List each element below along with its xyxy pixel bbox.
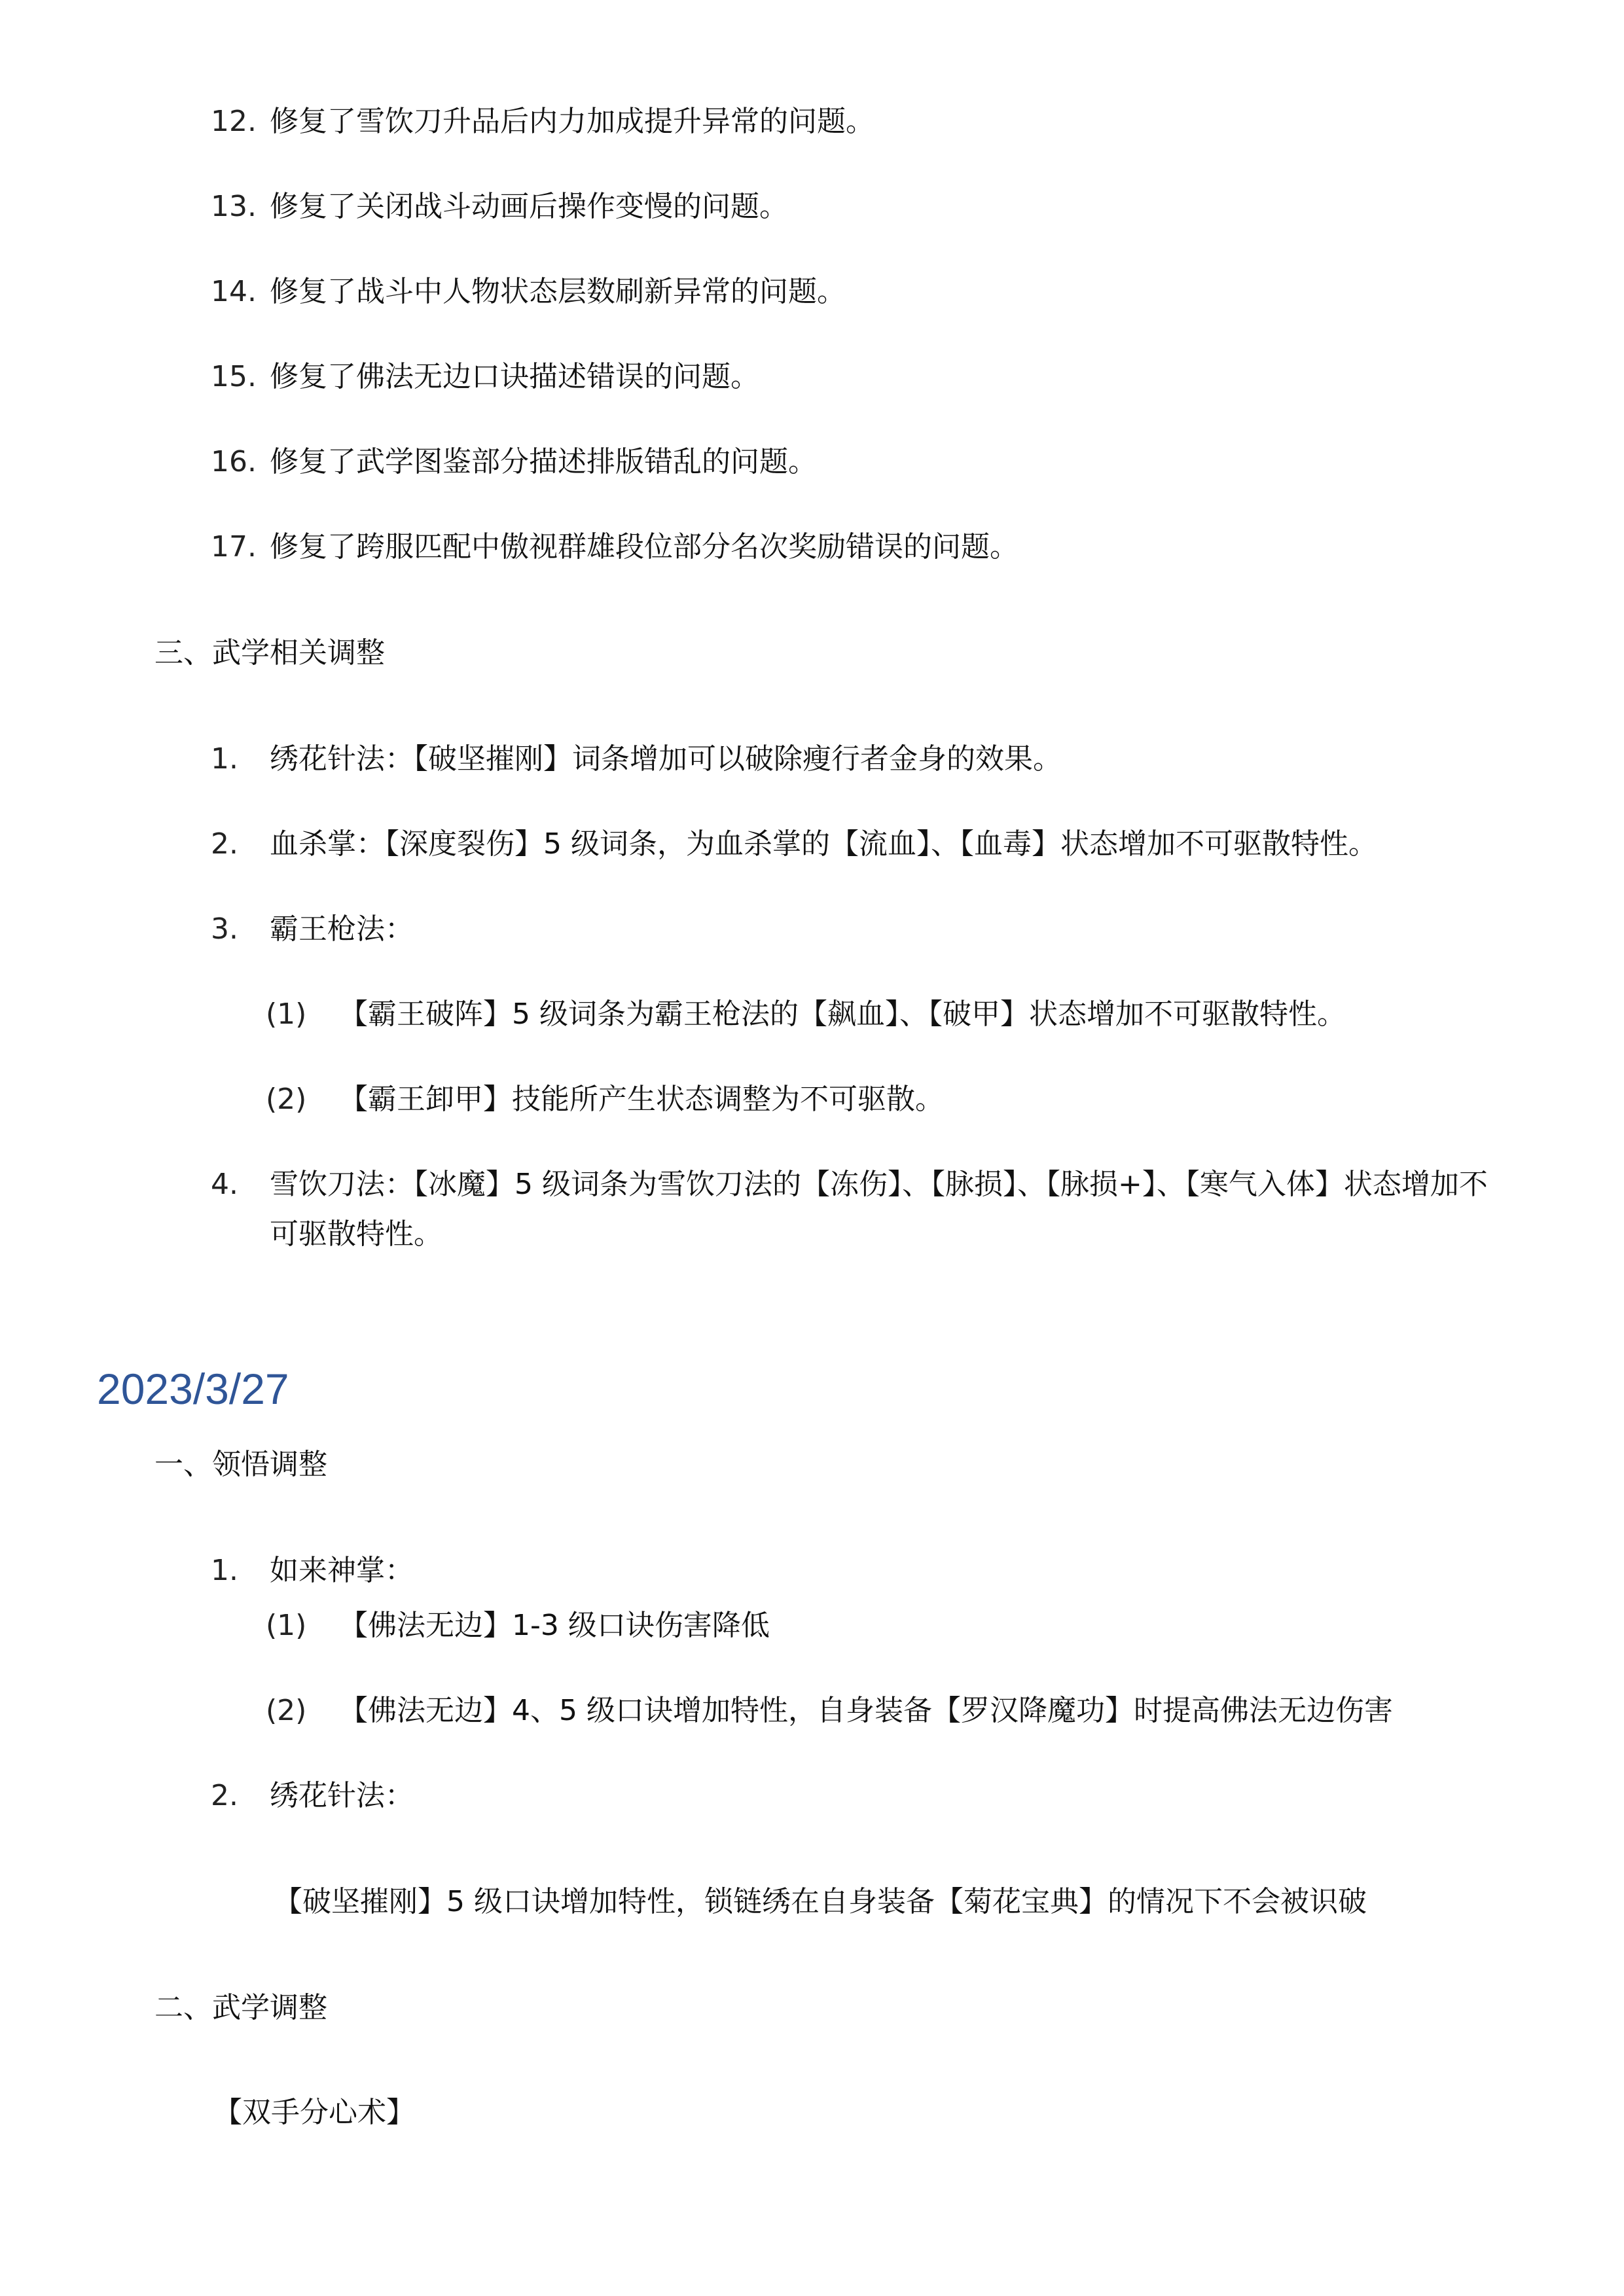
list-text: 雪饮刀法：【冰魔】5 级词条为雪饮刀法的【冻伤】、【脉损】、【脉损+】、【寒气入… [270,1160,1500,1259]
list-number: 3. [211,911,238,948]
section-heading-martial-related: 三、武学相关调整 [154,635,385,672]
martial-sub-heading: 【双手分心术】 [213,2094,415,2131]
list-number: 16. [211,444,257,480]
list-number: 2. [211,826,238,863]
list-number: 2. [211,1778,238,1814]
sub-list-number: (1) [266,996,306,1033]
list-text: 修复了关闭战斗动画后操作变慢的问题。 [270,188,788,225]
list-text: 修复了战斗中人物状态层数刷新异常的问题。 [270,274,846,310]
document-page: 12. 修复了雪饮刀升品后内力加成提升异常的问题。 13. 修复了关闭战斗动画后… [0,0,1624,2296]
list-text: 修复了武学图鉴部分描述排版错乱的问题。 [270,444,817,480]
date-heading: 2023/3/27 [97,1363,289,1415]
list-number: 12. [211,103,257,140]
list-number: 1. [211,1552,238,1589]
list-text: 修复了雪饮刀升品后内力加成提升异常的问题。 [270,103,875,140]
sub-list-text: 【霸王卸甲】技能所产生状态调整为不可驱散。 [339,1081,944,1118]
sub-list-number: (1) [266,1607,306,1644]
sub-list-number: (2) [266,1693,306,1729]
sub-list-text: 【佛法无边】1-3 级口诀伤害降低 [339,1607,770,1644]
list-number: 13. [211,188,257,225]
list-text: 绣花针法：【破坚摧刚】词条增加可以破除瘦行者金身的效果。 [270,741,1062,778]
section-heading-martial: 二、武学调整 [154,1990,327,2026]
list-number: 15. [211,359,257,395]
list-text: 绣花针法： [270,1778,414,1814]
list-item-detail: 【破坚摧刚】5 级口诀增加特性，锁链绣在自身装备【菊花宝典】的情况下不会被识破 [274,1884,1367,1920]
list-number: 4. [211,1166,238,1203]
list-text: 修复了跨服匹配中傲视群雄段位部分名次奖励错误的问题。 [270,529,1019,565]
section-heading-insight: 一、领悟调整 [154,1446,327,1483]
sub-list-number: (2) [266,1081,306,1118]
list-text: 霸王枪法： [270,911,414,948]
sub-list-text: 【佛法无边】4、5 级口诀增加特性，自身装备【罗汉降魔功】时提高佛法无边伤害 [339,1693,1393,1729]
list-number: 1. [211,741,238,778]
list-number: 17. [211,529,257,565]
list-number: 14. [211,274,257,310]
sub-list-text: 【霸王破阵】5 级词条为霸王枪法的【飙血】、【破甲】状态增加不可驱散特性。 [339,996,1346,1033]
list-text: 如来神掌： [270,1552,414,1589]
list-text: 血杀掌：【深度裂伤】5 级词条，为血杀掌的【流血】、【血毒】状态增加不可驱散特性… [270,826,1377,863]
list-text: 修复了佛法无边口诀描述错误的问题。 [270,359,759,395]
